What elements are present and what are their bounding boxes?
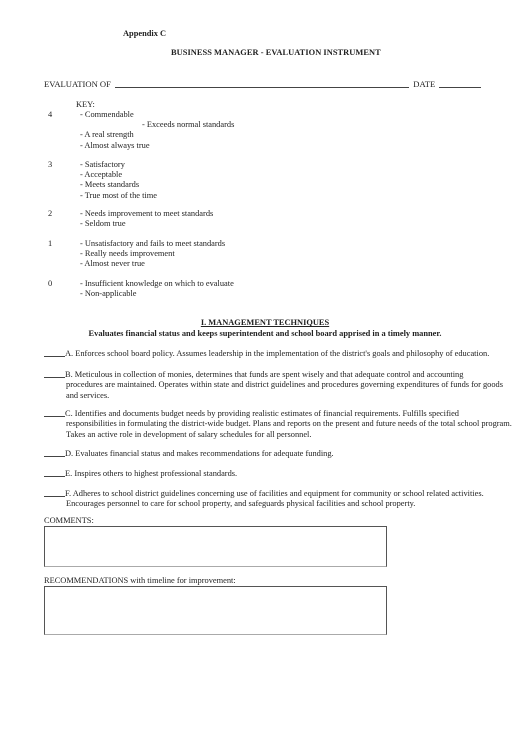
appendix-label: Appendix C	[123, 29, 166, 38]
item-text: Enforces school board policy. Assumes le…	[75, 349, 489, 358]
key-title: KEY:	[76, 100, 95, 109]
rating-blank[interactable]	[44, 468, 65, 477]
key-description: - Almost always true	[80, 141, 150, 150]
item-letter: A.	[65, 349, 73, 358]
section-heading: I. MANAGEMENT TECHNIQUES	[0, 318, 530, 327]
key-description: - Really needs improvement	[80, 249, 175, 258]
evaluation-item: E. Inspires others to highest profession…	[44, 468, 514, 479]
key-description: - Almost never true	[80, 259, 145, 268]
evaluation-of-field[interactable]	[115, 79, 409, 88]
document-title: BUSINESS MANAGER - EVALUATION INSTRUMENT	[171, 48, 381, 57]
key-score: 4	[48, 110, 52, 119]
rating-blank[interactable]	[44, 488, 65, 497]
item-letter: D.	[65, 449, 73, 458]
key-description: - Satisfactory	[80, 160, 125, 169]
rating-blank[interactable]	[44, 348, 65, 357]
key-description: - Seldom true	[80, 219, 126, 228]
key-score: 1	[48, 239, 52, 248]
key-description: - True most of the time	[80, 191, 157, 200]
rating-blank[interactable]	[44, 408, 65, 417]
key-description: - Commendable	[80, 110, 134, 119]
comments-label: COMMENTS:	[44, 516, 94, 525]
item-letter: B.	[65, 370, 73, 379]
comments-box[interactable]	[44, 526, 387, 567]
key-description: - Meets standards	[80, 180, 139, 189]
key-description: - Unsatisfactory and fails to meet stand…	[80, 239, 225, 248]
evaluation-item: D. Evaluates financial status and makes …	[44, 448, 514, 459]
evaluation-item: B. Meticulous in collection of monies, d…	[44, 369, 514, 401]
rating-blank[interactable]	[44, 369, 65, 378]
section-subheading: Evaluates financial status and keeps sup…	[0, 329, 530, 338]
recommendations-label: RECOMMENDATIONS with timeline for improv…	[44, 576, 236, 585]
evaluation-header-line: EVALUATION OF DATE	[44, 79, 481, 89]
item-letter: F.	[65, 489, 71, 498]
item-text: Evaluates financial status and makes rec…	[75, 449, 333, 458]
evaluation-item: F. Adheres to school district guidelines…	[44, 488, 514, 510]
key-score: 2	[48, 209, 52, 218]
key-description: - Insufficient knowledge on which to eva…	[80, 279, 234, 288]
item-text: Adheres to school district guidelines co…	[73, 489, 484, 498]
recommendations-box[interactable]	[44, 586, 387, 635]
key-score: 0	[48, 279, 52, 288]
evaluation-of-label: EVALUATION OF	[44, 79, 111, 89]
date-label: DATE	[413, 79, 435, 89]
key-description: - Non-applicable	[80, 289, 137, 298]
key-description: - Exceeds normal standards	[142, 120, 234, 129]
item-text: Identifies and documents budget needs by…	[75, 409, 459, 418]
item-text: Inspires others to highest professional …	[74, 469, 237, 478]
key-score: 3	[48, 160, 52, 169]
item-text: Meticulous in collection of monies, dete…	[75, 370, 464, 379]
evaluation-item: A. Enforces school board policy. Assumes…	[44, 348, 514, 359]
date-field[interactable]	[439, 79, 481, 88]
item-text-continued: Encourages personnel to care for school …	[44, 499, 514, 509]
item-text-continued: procedures are maintained. Operates with…	[44, 380, 514, 401]
key-description: - Needs improvement to meet standards	[80, 209, 213, 218]
item-letter: C.	[65, 409, 73, 418]
key-description: - A real strength	[80, 130, 134, 139]
item-letter: E.	[65, 469, 72, 478]
item-text-continued: responsibilities in formulating the dist…	[44, 419, 514, 440]
key-description: - Acceptable	[80, 170, 122, 179]
evaluation-item: C. Identifies and documents budget needs…	[44, 408, 514, 440]
rating-blank[interactable]	[44, 448, 65, 457]
